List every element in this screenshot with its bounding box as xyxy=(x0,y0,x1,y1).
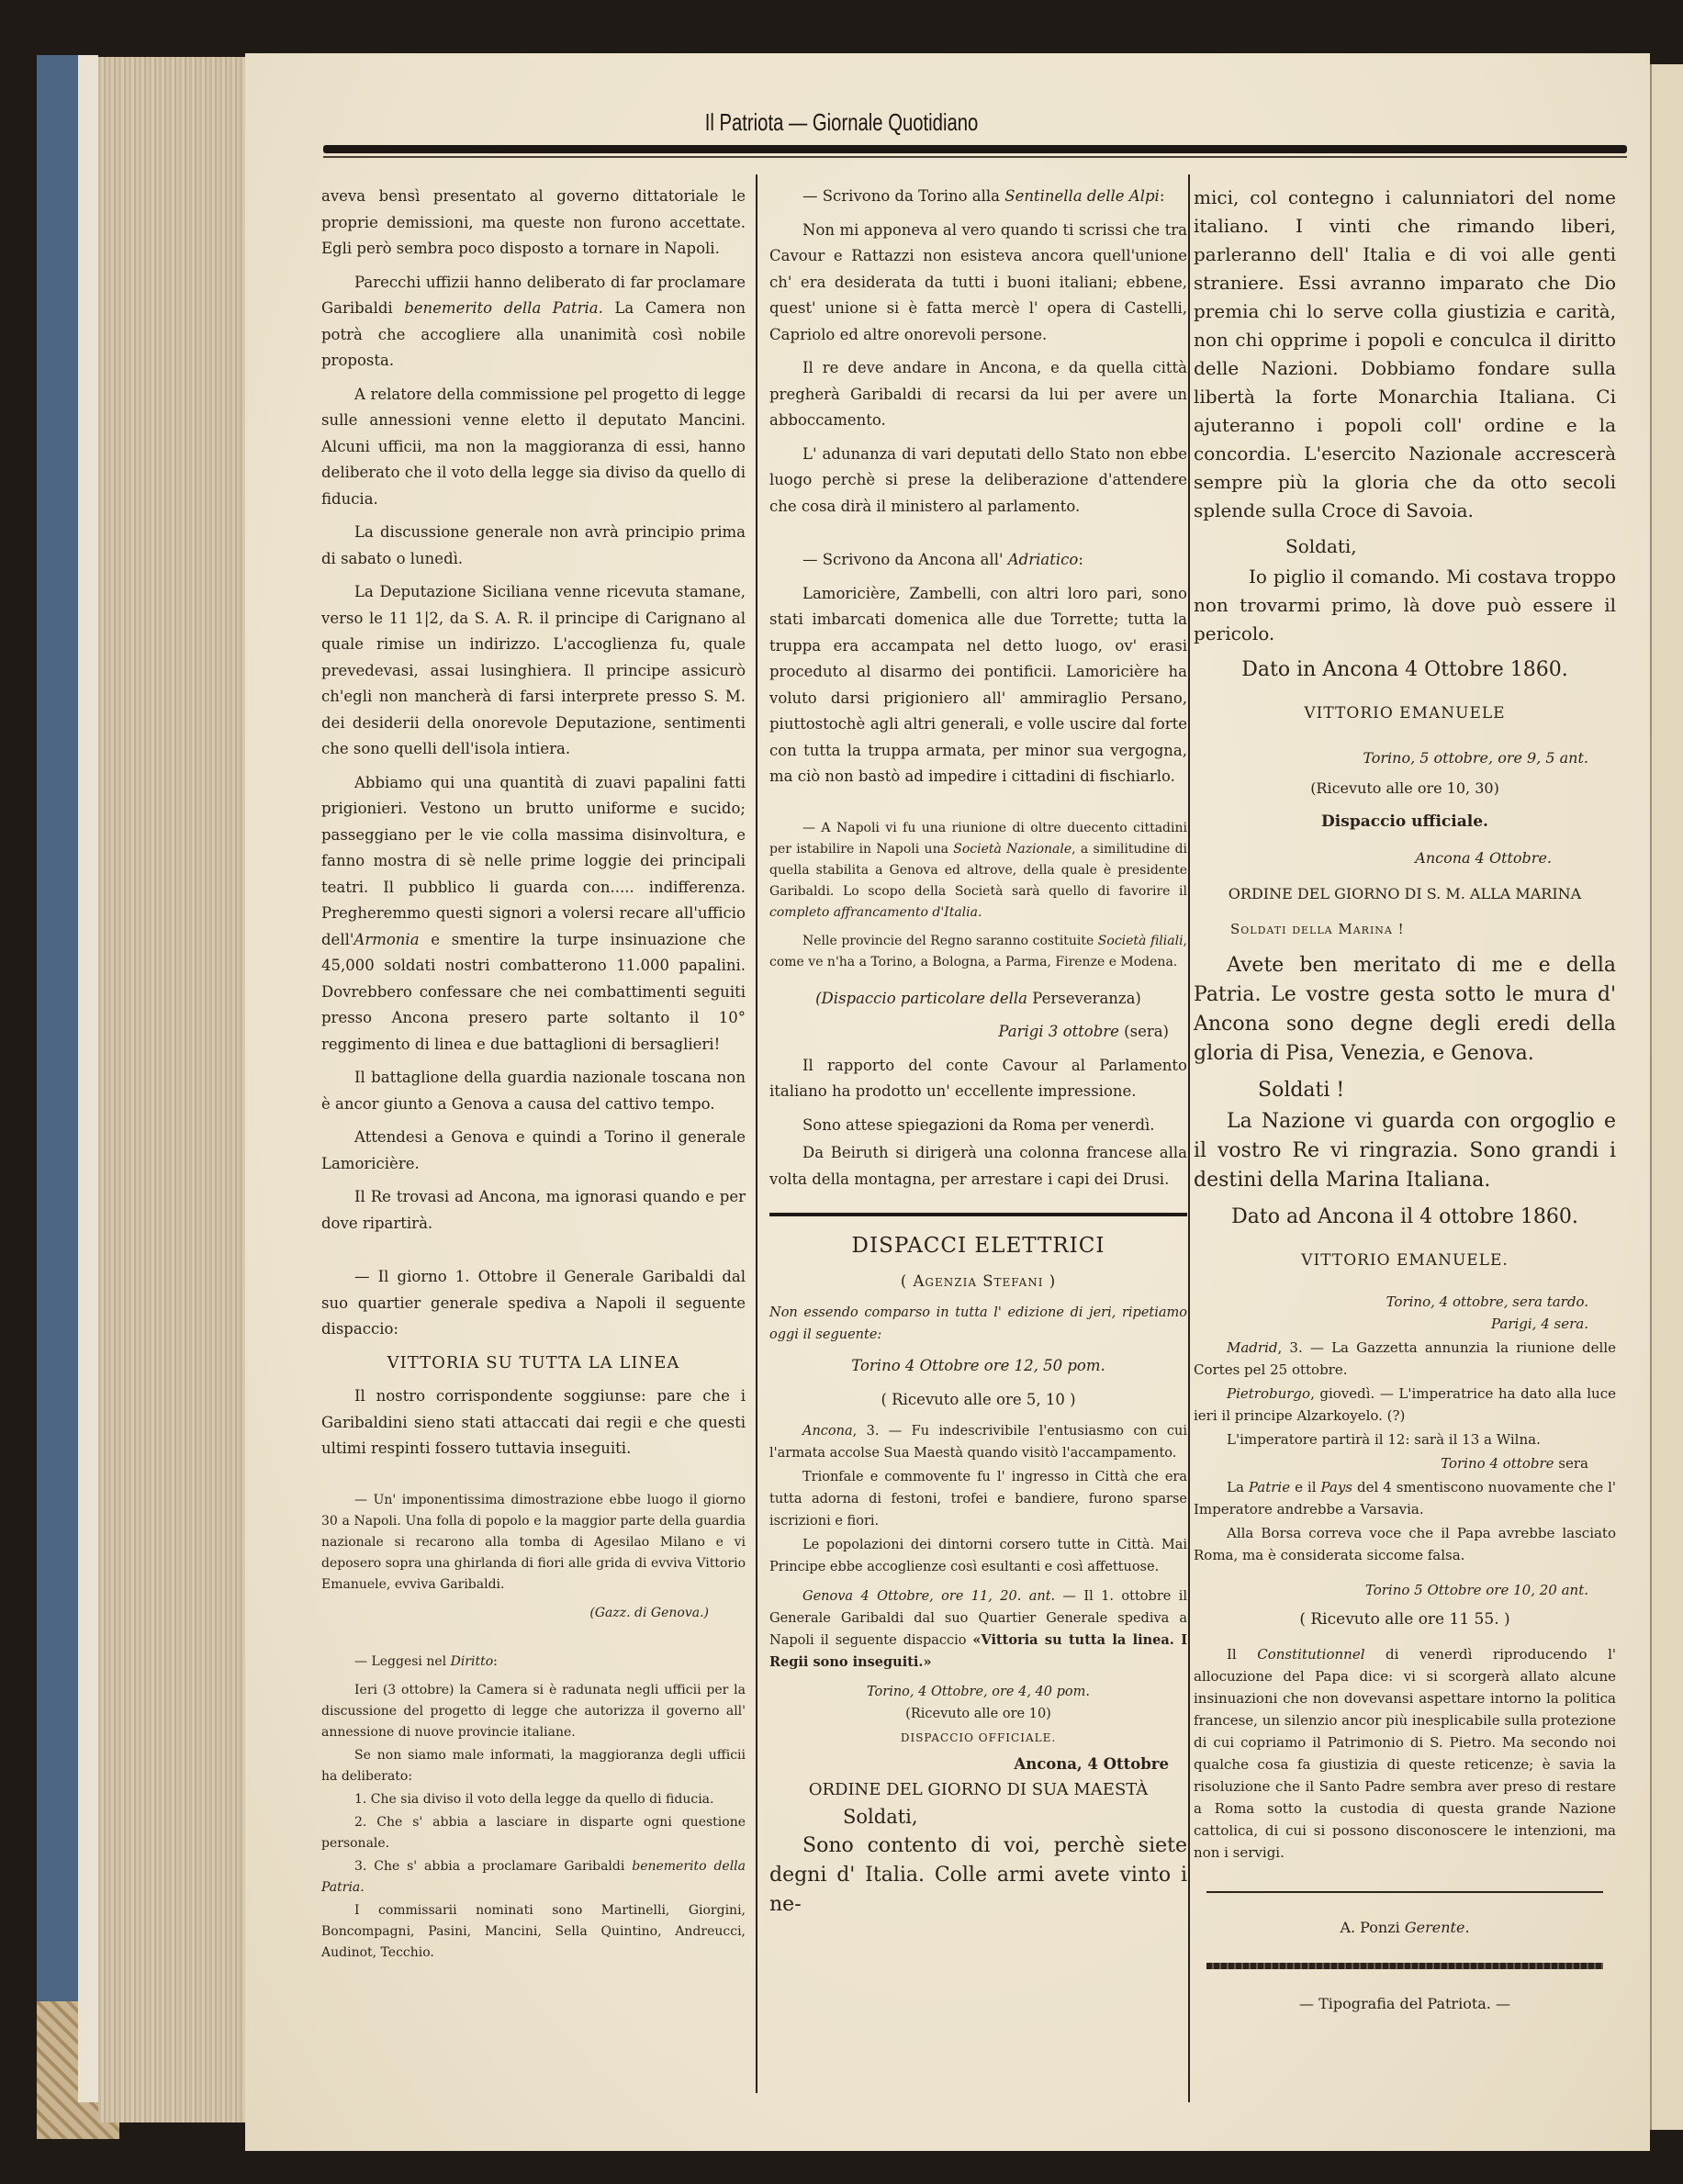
dispatch-dateline: Torino 4 Ottobre ore 12, 50 pom. xyxy=(769,1353,1187,1380)
paragraph: L' adunanza di vari deputati dello Stato… xyxy=(769,442,1187,521)
paragraph: Sono attese spiegazioni da Roma per vene… xyxy=(769,1113,1187,1139)
received-time: (Ricevuto alle ore 10) xyxy=(769,1703,1187,1725)
section-intro: — Scrivono da Torino alla Sentinella del… xyxy=(769,184,1187,210)
received-time: ( Ricevuto alle ore 11 55. ) xyxy=(1194,1608,1616,1630)
paragraph: — Il giorno 1. Ottobre il Generale Garib… xyxy=(321,1264,746,1343)
paragraph: — Leggesi nel Diritto: xyxy=(321,1652,746,1673)
paragraph: — Un' imponentissima dimostrazione ebbe … xyxy=(321,1490,746,1596)
paragraph: L'imperatore partirà il 12: sarà il 13 a… xyxy=(1194,1428,1616,1450)
dispatch-dateline: Parigi 3 ottobre (sera) xyxy=(769,1019,1187,1046)
salutation: Soldati della Marina ! xyxy=(1194,915,1616,944)
masthead-title: Il Patriota — Giornale Quotidiano xyxy=(185,108,1498,137)
dispatch-dateline: Torino, 5 ottobre, ore 9, 5 ant. xyxy=(1194,744,1616,772)
salutation: Soldati, xyxy=(769,1804,1187,1831)
paragraph: Lamoricière, Zambelli, con altri loro pa… xyxy=(769,581,1187,790)
paragraph: aveva bensì presentato al governo dittat… xyxy=(321,184,746,263)
paragraph: Nelle provincie del Regno saranno costit… xyxy=(769,931,1187,973)
right-column: mici, col contegno i calunniatori del no… xyxy=(1194,184,1616,2022)
list-item: 2. Che s' abbia a lasciare in disparte o… xyxy=(321,1812,746,1854)
left-column: aveva bensì presentato al governo dittat… xyxy=(321,184,746,1971)
paragraph: Madrid, 3. — La Gazzetta annunzia la riu… xyxy=(1194,1337,1616,1381)
dispatch-dateline: Torino, 4 Ottobre, ore 4, 40 pom. xyxy=(769,1681,1187,1703)
dispatch-dateline: Parigi, 4 sera. xyxy=(1194,1313,1616,1335)
book-cover-board xyxy=(37,55,78,2075)
middle-column: — Scrivono da Torino alla Sentinella del… xyxy=(769,184,1187,1927)
paragraph: La Nazione vi guarda con orgoglio e il v… xyxy=(1194,1107,1616,1195)
column-divider-right xyxy=(1188,174,1190,2102)
dispatch-label: DISPACCIO OFFICIALE. xyxy=(769,1725,1187,1752)
dispatch-dateline: Torino 4 ottobre sera xyxy=(1194,1452,1616,1474)
dispatch-dateline: Ancona 4 Ottobre. xyxy=(1194,844,1616,872)
paragraph: Le popolazioni dei dintorni corsero tutt… xyxy=(769,1534,1187,1578)
paragraph: Sono contento di voi, perchè siete degni… xyxy=(769,1831,1187,1920)
paragraph: Trionfale e commovente fu l' ingresso in… xyxy=(769,1466,1187,1532)
paragraph: Io piglio il comando. Mi costava troppo … xyxy=(1194,563,1616,648)
dispatch-label: Dispaccio ufficiale. xyxy=(1194,808,1616,836)
paragraph: Ieri (3 ottobre) la Camera si è radunata… xyxy=(321,1680,746,1743)
signature: VITTORIO EMANUELE. xyxy=(1194,1247,1616,1275)
received-time: (Ricevuto alle ore 10, 30) xyxy=(1194,774,1616,802)
dispatch-dateline: Torino, 4 ottobre, sera tardo. xyxy=(1194,1291,1616,1313)
dispatch-heading: VITTORIA SU TUTTA LA LINEA xyxy=(321,1350,746,1377)
dispatch-source: (Dispaccio particolare della Perseveranz… xyxy=(769,986,1187,1013)
paragraph: La discussione generale non avrà princip… xyxy=(321,520,746,572)
paragraph: La Patrie e il Pays del 4 smentiscono nu… xyxy=(1194,1476,1616,1520)
list-item: 3. Che s' abbia a proclamare Garibaldi b… xyxy=(321,1856,746,1898)
paragraph: Il Constitutionnel di venerdì riproducen… xyxy=(1194,1643,1616,1864)
masthead-rule-thin xyxy=(323,156,1627,158)
source-citation: (Gazz. di Genova.) xyxy=(321,1603,746,1624)
paragraph: Abbiamo qui una quantità di zuavi papali… xyxy=(321,770,746,1058)
paragraph: Se non siamo male informati, la maggiora… xyxy=(321,1745,746,1787)
order-heading: ORDINE DEL GIORNO DI S. M. ALLA MARINA xyxy=(1194,879,1616,908)
paragraph: I commissarii nominati sono Martinelli, … xyxy=(321,1900,746,1964)
agency-name: ( Agenzia Stefani ) xyxy=(769,1269,1187,1295)
salutation: Soldati ! xyxy=(1194,1076,1616,1105)
paragraph: — A Napoli vi fu una riunione di oltre d… xyxy=(769,818,1187,924)
received-time: ( Ricevuto alle ore 5, 10 ) xyxy=(769,1387,1187,1414)
paragraph: Non mi apponeva al vero quando ti scriss… xyxy=(769,218,1187,349)
paragraph: Avete ben meritato di me e della Patria.… xyxy=(1194,951,1616,1069)
signature: VITTORIO EMANUELE xyxy=(1194,700,1616,728)
footer-rule xyxy=(1206,1891,1603,1893)
paragraph: Alla Borsa correva voce che il Papa avre… xyxy=(1194,1522,1616,1566)
endpaper-edge xyxy=(78,55,98,2102)
printer-imprint: — Tipografia del Patriota. — xyxy=(1194,1993,1616,2015)
paragraph: Il battaglione della guardia nazionale t… xyxy=(321,1065,746,1117)
section-title: DISPACCI ELETTRICI xyxy=(769,1233,1187,1260)
paragraph: Ancona, 3. — Fu indescrivibile l'entusia… xyxy=(769,1420,1187,1464)
section-rule xyxy=(769,1213,1187,1216)
dispatch-dateline: Torino 5 Ottobre ore 10, 20 ant. xyxy=(1194,1579,1616,1601)
paragraph: A relatore della commissione pel progett… xyxy=(321,382,746,513)
dateline: Dato ad Ancona il 4 ottobre 1860. xyxy=(1194,1203,1616,1231)
publisher-manager: A. Ponzi Gerente. xyxy=(1194,1917,1616,1939)
column-divider-left xyxy=(756,174,757,2093)
paragraph: Il rapporto del conte Cavour al Parlamen… xyxy=(769,1053,1187,1105)
list-item: 1. Che sia diviso il voto della legge da… xyxy=(321,1789,746,1810)
paragraph: Attendesi a Genova e quindi a Torino il … xyxy=(321,1125,746,1177)
footer-ornamental-rule xyxy=(1206,1963,1603,1969)
order-heading: ORDINE DEL GIORNO DI SUA MAESTÀ xyxy=(769,1777,1187,1804)
masthead-rule xyxy=(323,145,1627,153)
dispatch-dateline: Ancona, 4 Ottobre xyxy=(769,1752,1187,1778)
salutation: Soldati, xyxy=(1194,532,1616,561)
facing-page-edge xyxy=(1650,64,1683,2130)
section-intro: — Scrivono da Ancona all' Adriatico: xyxy=(769,547,1187,574)
paragraph: Il nostro corrispondente soggiunse: pare… xyxy=(321,1383,746,1462)
paragraph: Parecchi uffizii hanno deliberato di far… xyxy=(321,270,746,375)
paragraph: Pietroburgo, giovedì. — L'imperatrice ha… xyxy=(1194,1383,1616,1427)
page-stack-edge xyxy=(98,57,245,2122)
dateline: Dato in Ancona 4 Ottobre 1860. xyxy=(1194,655,1616,684)
paragraph: Da Beiruth si dirigerà una colonna franc… xyxy=(769,1140,1187,1193)
paragraph: Il re deve andare in Ancona, e da quella… xyxy=(769,355,1187,434)
paragraph: Genova 4 Ottobre, ore 11, 20. ant. — Il … xyxy=(769,1585,1187,1674)
paragraph: Non essendo comparso in tutta l' edizion… xyxy=(769,1302,1187,1346)
paragraph: mici, col contegno i calunniatori del no… xyxy=(1194,184,1616,525)
paragraph: La Deputazione Siciliana venne ricevuta … xyxy=(321,579,746,763)
paragraph: Il Re trovasi ad Ancona, ma ignorasi qua… xyxy=(321,1184,746,1237)
